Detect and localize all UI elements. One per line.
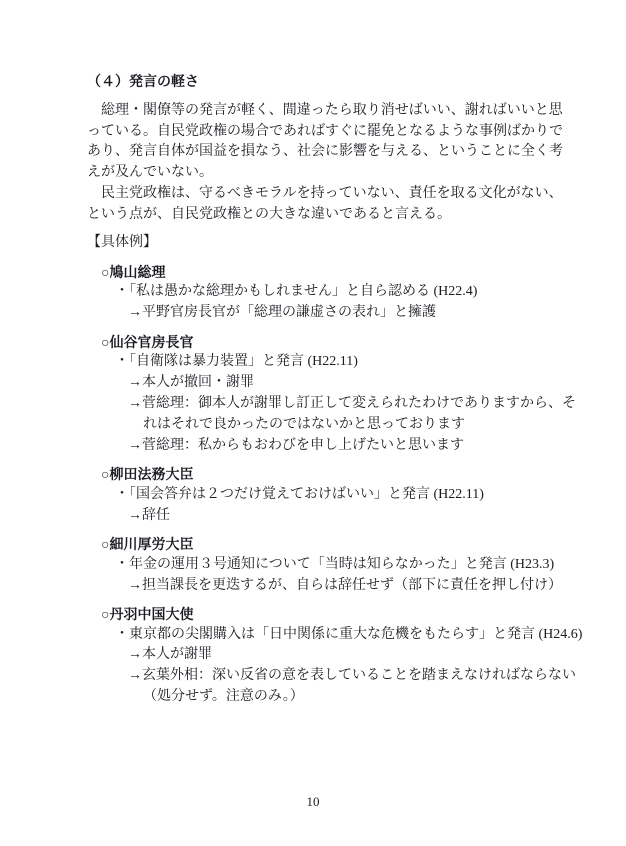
example-line: ・東京都の尖閣購入は「日中関係に重大な危機をもたらす」と発言 (H24.6) (87, 625, 551, 646)
example-line: →担当課長を更迭するが、自らは辞任せず（部下に責任を押し付け） (87, 576, 551, 597)
example-hatoyama: ○鳩山総理 ・「私は愚かな総理かもしれません」と自ら認める (H22.4) →平… (87, 262, 551, 324)
intro-paragraph-1: 総理・閣僚等の発言が軽く、間違ったら取り消せばいい、謝ればいいと思 っている。自… (87, 101, 551, 184)
example-yanagida: ○柳田法務大臣 ・「国会答弁は２つだけ覚えておけばいい」と発言 (H22.11)… (87, 464, 551, 526)
paragraph-line: っている。自民党政権の場合であればすぐに罷免となるような事例ばかりで (87, 122, 551, 143)
document-page: （４）発言の軽さ 総理・閣僚等の発言が軽く、間違ったら取り消せばいい、謝ればいい… (0, 0, 626, 846)
example-title: ○鳩山総理 (87, 262, 551, 283)
example-line: →本人が撤回・謝罪 (87, 373, 551, 394)
example-niwa: ○丹羽中国大使 ・東京都の尖閣購入は「日中関係に重大な危機をもたらす」と発言 (… (87, 604, 551, 708)
example-line: →玄葉外相：深い反省の意を表していることを踏まえなければならない (87, 666, 551, 687)
section-heading: （４）発言の軽さ (87, 71, 551, 92)
examples-label: 【具体例】 (87, 233, 551, 254)
example-title: ○細川厚労大臣 (87, 534, 551, 555)
example-line: れはそれで良かったのではないかと思っております (87, 415, 551, 436)
example-line: ・「国会答弁は２つだけ覚えておけばいい」と発言 (H22.11) (87, 485, 551, 506)
page-number: 10 (0, 794, 626, 810)
example-title: ○丹羽中国大使 (87, 604, 551, 625)
example-line: →辞任 (87, 506, 551, 527)
example-line: →平野官房長官が「総理の謙虚さの表れ」と擁護 (87, 303, 551, 324)
intro-paragraph-2: 民主党政権は、守るべきモラルを持っていない、責任を取る文化がない、 という点が、… (87, 184, 551, 226)
example-hosokawa: ○細川厚労大臣 ・年金の運用３号通知について「当時は知らなかった」と発言 (H2… (87, 534, 551, 596)
example-line: →菅総理：御本人が謝罪し訂正して変えられたわけでありますから、そ (87, 394, 551, 415)
paragraph-line: という点が、自民党政権との大きな違いであると言える。 (87, 205, 551, 226)
example-line: →本人が謝罪 (87, 645, 551, 666)
example-title: ○仙谷官房長官 (87, 332, 551, 353)
example-line: ・「私は愚かな総理かもしれません」と自ら認める (H22.4) (87, 282, 551, 303)
example-line: →菅総理：私からもおわびを申し上げたいと思います (87, 436, 551, 457)
paragraph-line: えが及んでいない。 (87, 163, 551, 184)
example-title: ○柳田法務大臣 (87, 464, 551, 485)
paragraph-line: 総理・閣僚等の発言が軽く、間違ったら取り消せばいい、謝ればいいと思 (87, 101, 551, 122)
example-line: ・「自衛隊は暴力装置」と発言 (H22.11) (87, 352, 551, 373)
paragraph-line: あり、発言自体が国益を損なう、社会に影響を与える、ということに全く考 (87, 142, 551, 163)
paragraph-line: 民主党政権は、守るべきモラルを持っていない、責任を取る文化がない、 (87, 184, 551, 205)
example-line: ・年金の運用３号通知について「当時は知らなかった」と発言 (H23.3) (87, 555, 551, 576)
example-line: （処分せず。注意のみ。） (87, 687, 551, 708)
example-sengoku: ○仙谷官房長官 ・「自衛隊は暴力装置」と発言 (H22.11) →本人が撤回・謝… (87, 332, 551, 457)
